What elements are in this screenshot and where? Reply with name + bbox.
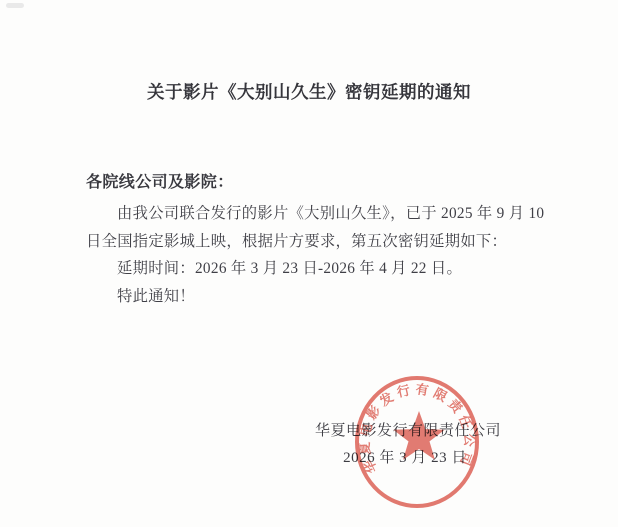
notice-title: 关于影片《大别山久生》密钥延期的通知 [0,79,618,104]
company-seal-stamp: 华夏电影发行有限责任公司 [350,374,486,514]
signature-date: 2026 年 3 月 23 日 [300,446,510,467]
extension-period-line: 延期时间：2026 年 3 月 23 日-2026 年 4 月 22 日。 [86,259,556,279]
signature-company: 华夏电影发行有限责任公司 [300,419,516,440]
closing-line: 特此通知！ [86,287,556,307]
scan-artifact [6,3,24,8]
seal-ring [357,378,477,506]
body-line: 日全国指定影城上映，根据片方要求，第五次密钥延期如下： [86,232,556,252]
notice-document-page: 关于影片《大别山久生》密钥延期的通知 各院线公司及影院： 由我公司联合发行的影片… [0,0,618,527]
salutation: 各院线公司及影院： [86,169,234,192]
body-line: 由我公司联合发行的影片《大别山久生》，已于 2025 年 9 月 10 [86,204,556,224]
